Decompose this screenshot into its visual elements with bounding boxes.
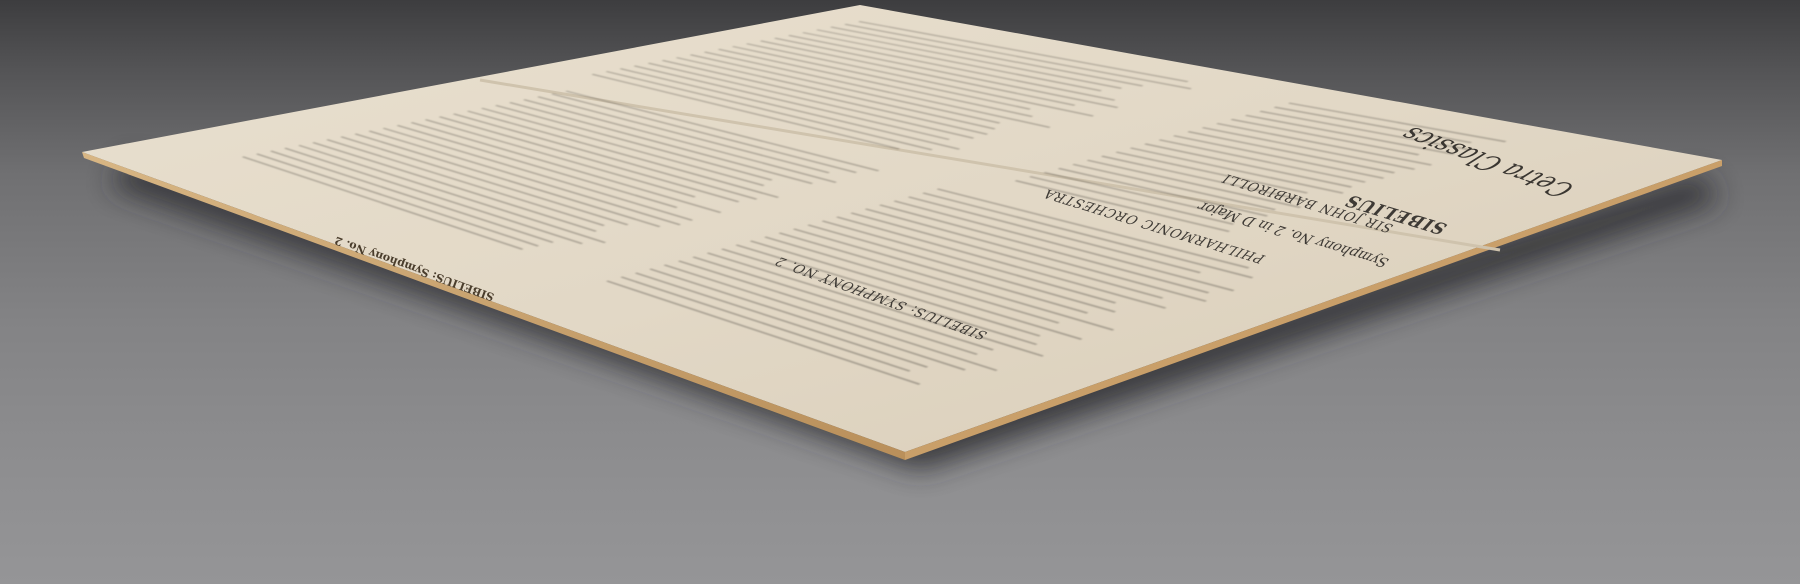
photo-scene: SIBELIUS Symphony No. 2 in D Major SIR J…	[0, 0, 1800, 584]
sleeve-illustration	[0, 0, 1800, 584]
sleeve-surface	[82, 5, 1722, 452]
